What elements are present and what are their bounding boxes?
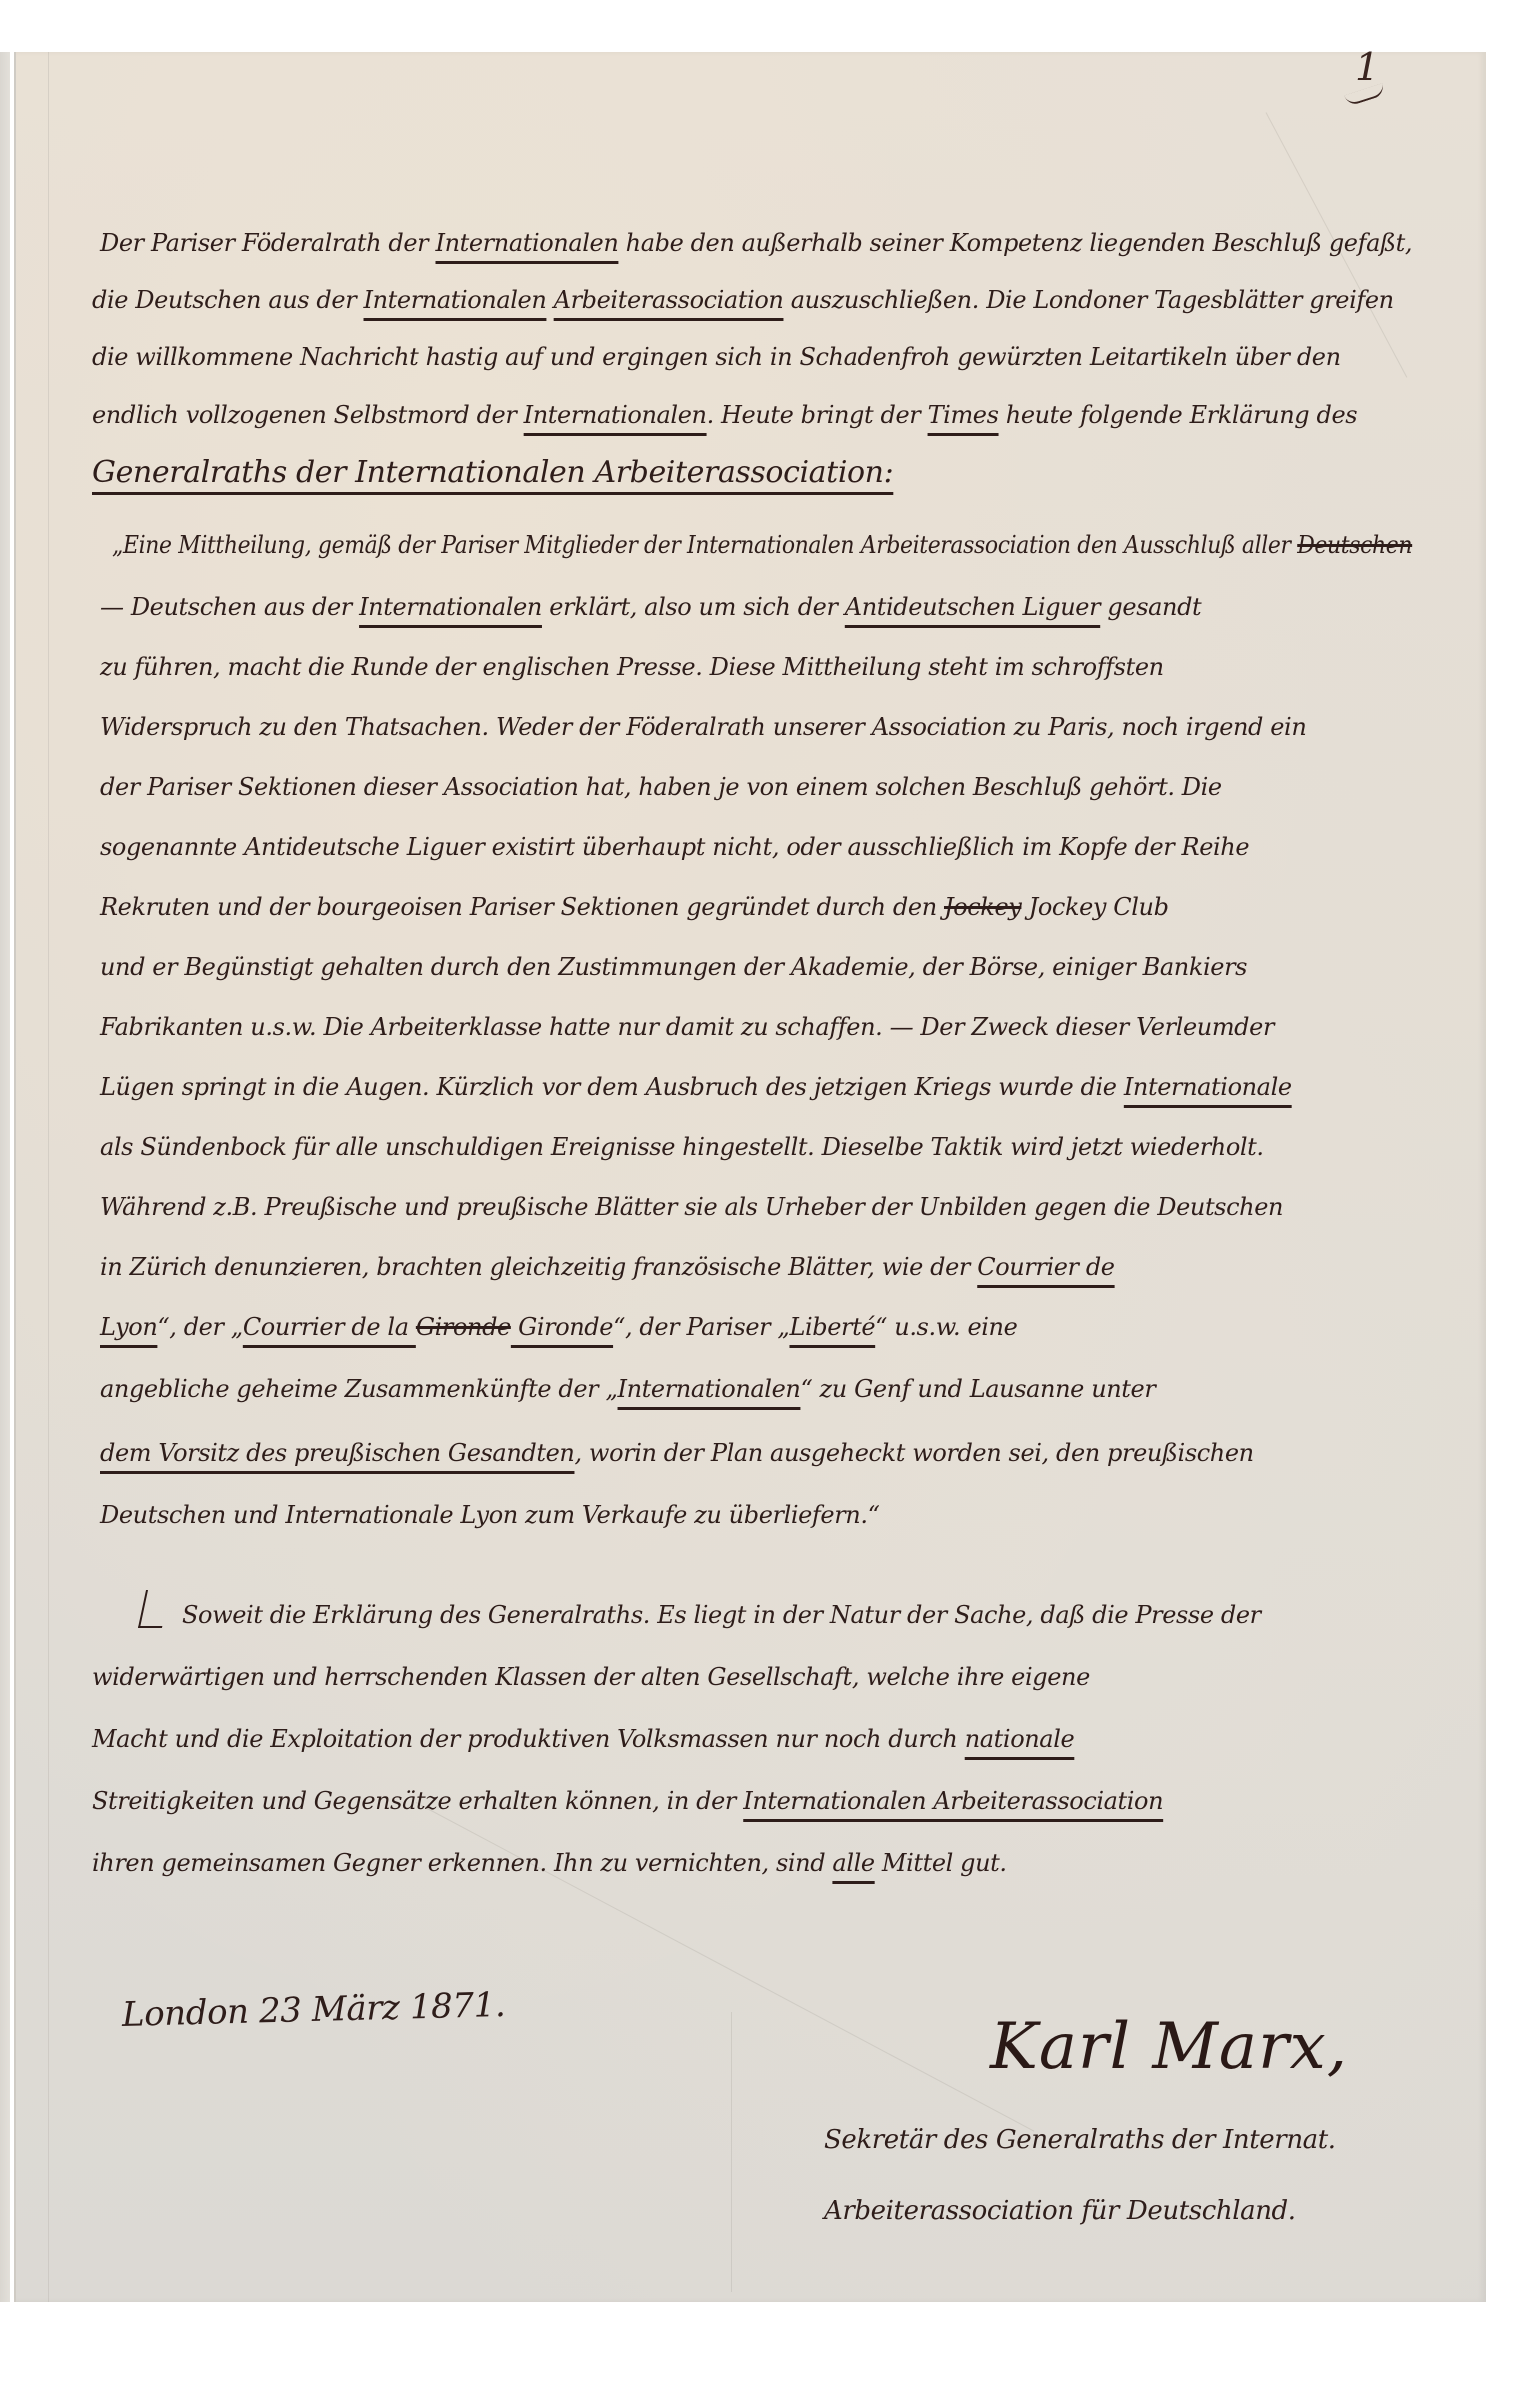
text-segment: , worin der Plan ausgeheckt worden sei, … [574,1439,1253,1467]
manuscript-line: Lyon“, der „Courrier de la Gironde Giron… [100,1312,1017,1342]
struck-word: Deutschen [1297,531,1412,559]
text-segment: als Sündenbock für alle unschuldigen Ere… [100,1133,1264,1161]
text-segment: endlich vollzogenen Selbstmord der [92,401,524,429]
manuscript-line: Lügen springt in die Augen. Kürzlich vor… [100,1072,1292,1102]
manuscript-line: zu führen, macht die Runde der englische… [100,652,1164,682]
text-segment: angebliche geheime Zusammenkünfte der „ [100,1375,618,1403]
struck-word: Jockey [944,893,1021,921]
text-segment: widerwärtigen und herrschenden Klassen d… [92,1663,1090,1691]
manuscript-line: die Deutschen aus der Internationalen Ar… [92,285,1394,315]
text-segment: erklärt, also um sich der [542,593,845,621]
text-segment: Macht und die Exploitation der produktiv… [92,1725,965,1753]
previous-page-edge [0,52,10,2302]
manuscript-line: Der Pariser Föderalrath der Internationa… [100,228,1412,258]
underlined-word: nationale [965,1725,1075,1753]
text-segment: . Heute bringt der [707,401,928,429]
manuscript-line: Fabrikanten u.s.w. Die Arbeiterklasse ha… [100,1012,1274,1042]
underlined-word: Internationalen [618,1375,801,1403]
underlined-word: Internationalen [359,593,542,621]
struck-word: Gironde [416,1313,511,1341]
underlined-word: Internationalen [436,229,619,257]
text-segment: der Pariser Sektionen dieser Association… [100,773,1222,801]
text-segment: die willkommene Nachricht hastig auf und… [92,343,1341,371]
text-segment: und er Begünstigt gehalten durch den Zus… [100,953,1247,981]
underlined-word: Lyon [100,1313,157,1341]
text-segment: zu führen, macht die Runde der englische… [100,653,1164,681]
underlined-word: Internationale [1124,1073,1292,1101]
text-segment [546,286,553,314]
text-segment: ihren gemeinsamen Gegner erkennen. Ihn z… [92,1849,832,1877]
underlined-word: Gironde [511,1313,613,1341]
manuscript-line: dem Vorsitz des preußischen Gesandten, w… [100,1438,1254,1468]
manuscript-line: Deutschen und Internationale Lyon zum Ve… [100,1500,879,1530]
place-date: London 23 März 1871. [122,1990,506,2030]
manuscript-line: Widerspruch zu den Thatsachen. Weder der… [100,712,1306,742]
text-segment: die Deutschen aus der [92,286,364,314]
underlined-word: Internationalen [364,286,547,314]
text-segment: Soweit die Erklärung des Generalraths. E… [182,1601,1261,1629]
page-fold-line [48,52,49,2302]
text-segment: Lügen springt in die Augen. Kürzlich vor… [100,1073,1124,1101]
manuscript-line: ihren gemeinsamen Gegner erkennen. Ihn z… [92,1848,1007,1878]
manuscript-line: der Pariser Sektionen dieser Association… [100,772,1222,802]
manuscript-line: Rekruten und der bourgeoisen Pariser Sek… [100,892,1169,922]
title-line-2: Arbeiterassociation für Deutschland. [824,2196,1296,2226]
underlined-word: Times [928,401,999,429]
underlined-word: Generalraths der Internationalen Arbeite… [92,455,893,490]
page-number: 1 [1355,45,1379,89]
text-segment: auszuschließen. Die Londoner Tagesblätte… [783,286,1393,314]
text-segment: „Eine Mittheilung, gemäß der Pariser Mit… [112,531,1297,559]
manuscript-line: Während z.B. Preußische und preußische B… [100,1192,1283,1222]
text-segment: Streitigkeiten und Gegensätze erhalten k… [92,1787,743,1815]
signature: Karl Marx, [990,2010,1348,2084]
underlined-word: Internationalen [524,401,707,429]
text-segment: Deutschen und Internationale Lyon zum Ve… [100,1501,879,1529]
text-segment: Jockey Club [1021,893,1168,921]
text-segment: Während z.B. Preußische und preußische B… [100,1193,1283,1221]
manuscript-line: die willkommene Nachricht hastig auf und… [92,342,1341,372]
underlined-word: Courrier de [977,1253,1114,1281]
manuscript-line: Streitigkeiten und Gegensätze erhalten k… [92,1786,1163,1816]
manuscript-line: endlich vollzogenen Selbstmord der Inter… [92,400,1357,430]
underlined-word: Arbeiterassociation [554,286,784,314]
text-segment: “, der Pariser „ [613,1313,789,1341]
text-segment: “, der „ [157,1313,242,1341]
manuscript-line: widerwärtigen und herrschenden Klassen d… [92,1662,1090,1692]
text-segment: habe den außerhalb seiner Kompetenz lieg… [618,229,1412,257]
text-segment: Der Pariser Föderalrath der [100,229,436,257]
text-segment: Fabrikanten u.s.w. Die Arbeiterklasse ha… [100,1013,1274,1041]
text-segment: — Deutschen aus der [100,593,359,621]
manuscript-line: und er Begünstigt gehalten durch den Zus… [100,952,1247,982]
manuscript-line: als Sündenbock für alle unschuldigen Ere… [100,1132,1264,1162]
manuscript-line: in Zürich denunzieren, brachten gleichze… [100,1252,1115,1282]
manuscript-line: angebliche geheime Zusammenkünfte der „I… [100,1374,1155,1404]
manuscript-line: Generalraths der Internationalen Arbeite… [92,458,893,488]
text-segment: Rekruten und der bourgeoisen Pariser Sek… [100,893,944,921]
text-segment: gesandt [1100,593,1201,621]
text-segment: heute folgende Erklärung des [999,401,1358,429]
manuscript-line: — Deutschen aus der Internationalen erkl… [100,592,1201,622]
underlined-word: Antideutschen Liguer [845,593,1100,621]
title-line-1: Sekretär des Generalraths der Internat. [824,2125,1336,2155]
text-segment: “ zu Genf und Lausanne unter [800,1375,1155,1403]
text-segment: in Zürich denunzieren, brachten gleichze… [100,1253,977,1281]
text-segment: Mittel gut. [875,1849,1007,1877]
manuscript-line: Soweit die Erklärung des Generalraths. E… [182,1600,1261,1630]
underlined-word: dem Vorsitz des preußischen Gesandten [100,1439,574,1467]
underlined-word: Internationalen Arbeiterassociation [743,1787,1163,1815]
manuscript-line: Macht und die Exploitation der produktiv… [92,1724,1074,1754]
text-segment: “ u.s.w. eine [875,1313,1017,1341]
underlined-word: alle [832,1849,874,1877]
manuscript-page [14,52,1486,2302]
underlined-word: Liberté [789,1313,875,1341]
underlined-word: Courrier de la [243,1313,416,1341]
text-segment: sogenannte Antideutsche Liguer existirt … [100,833,1249,861]
paper-crease [731,2012,732,2292]
manuscript-line: „Eine Mittheilung, gemäß der Pariser Mit… [112,530,1412,560]
manuscript-line: sogenannte Antideutsche Liguer existirt … [100,832,1249,862]
text-segment: Widerspruch zu den Thatsachen. Weder der… [100,713,1306,741]
